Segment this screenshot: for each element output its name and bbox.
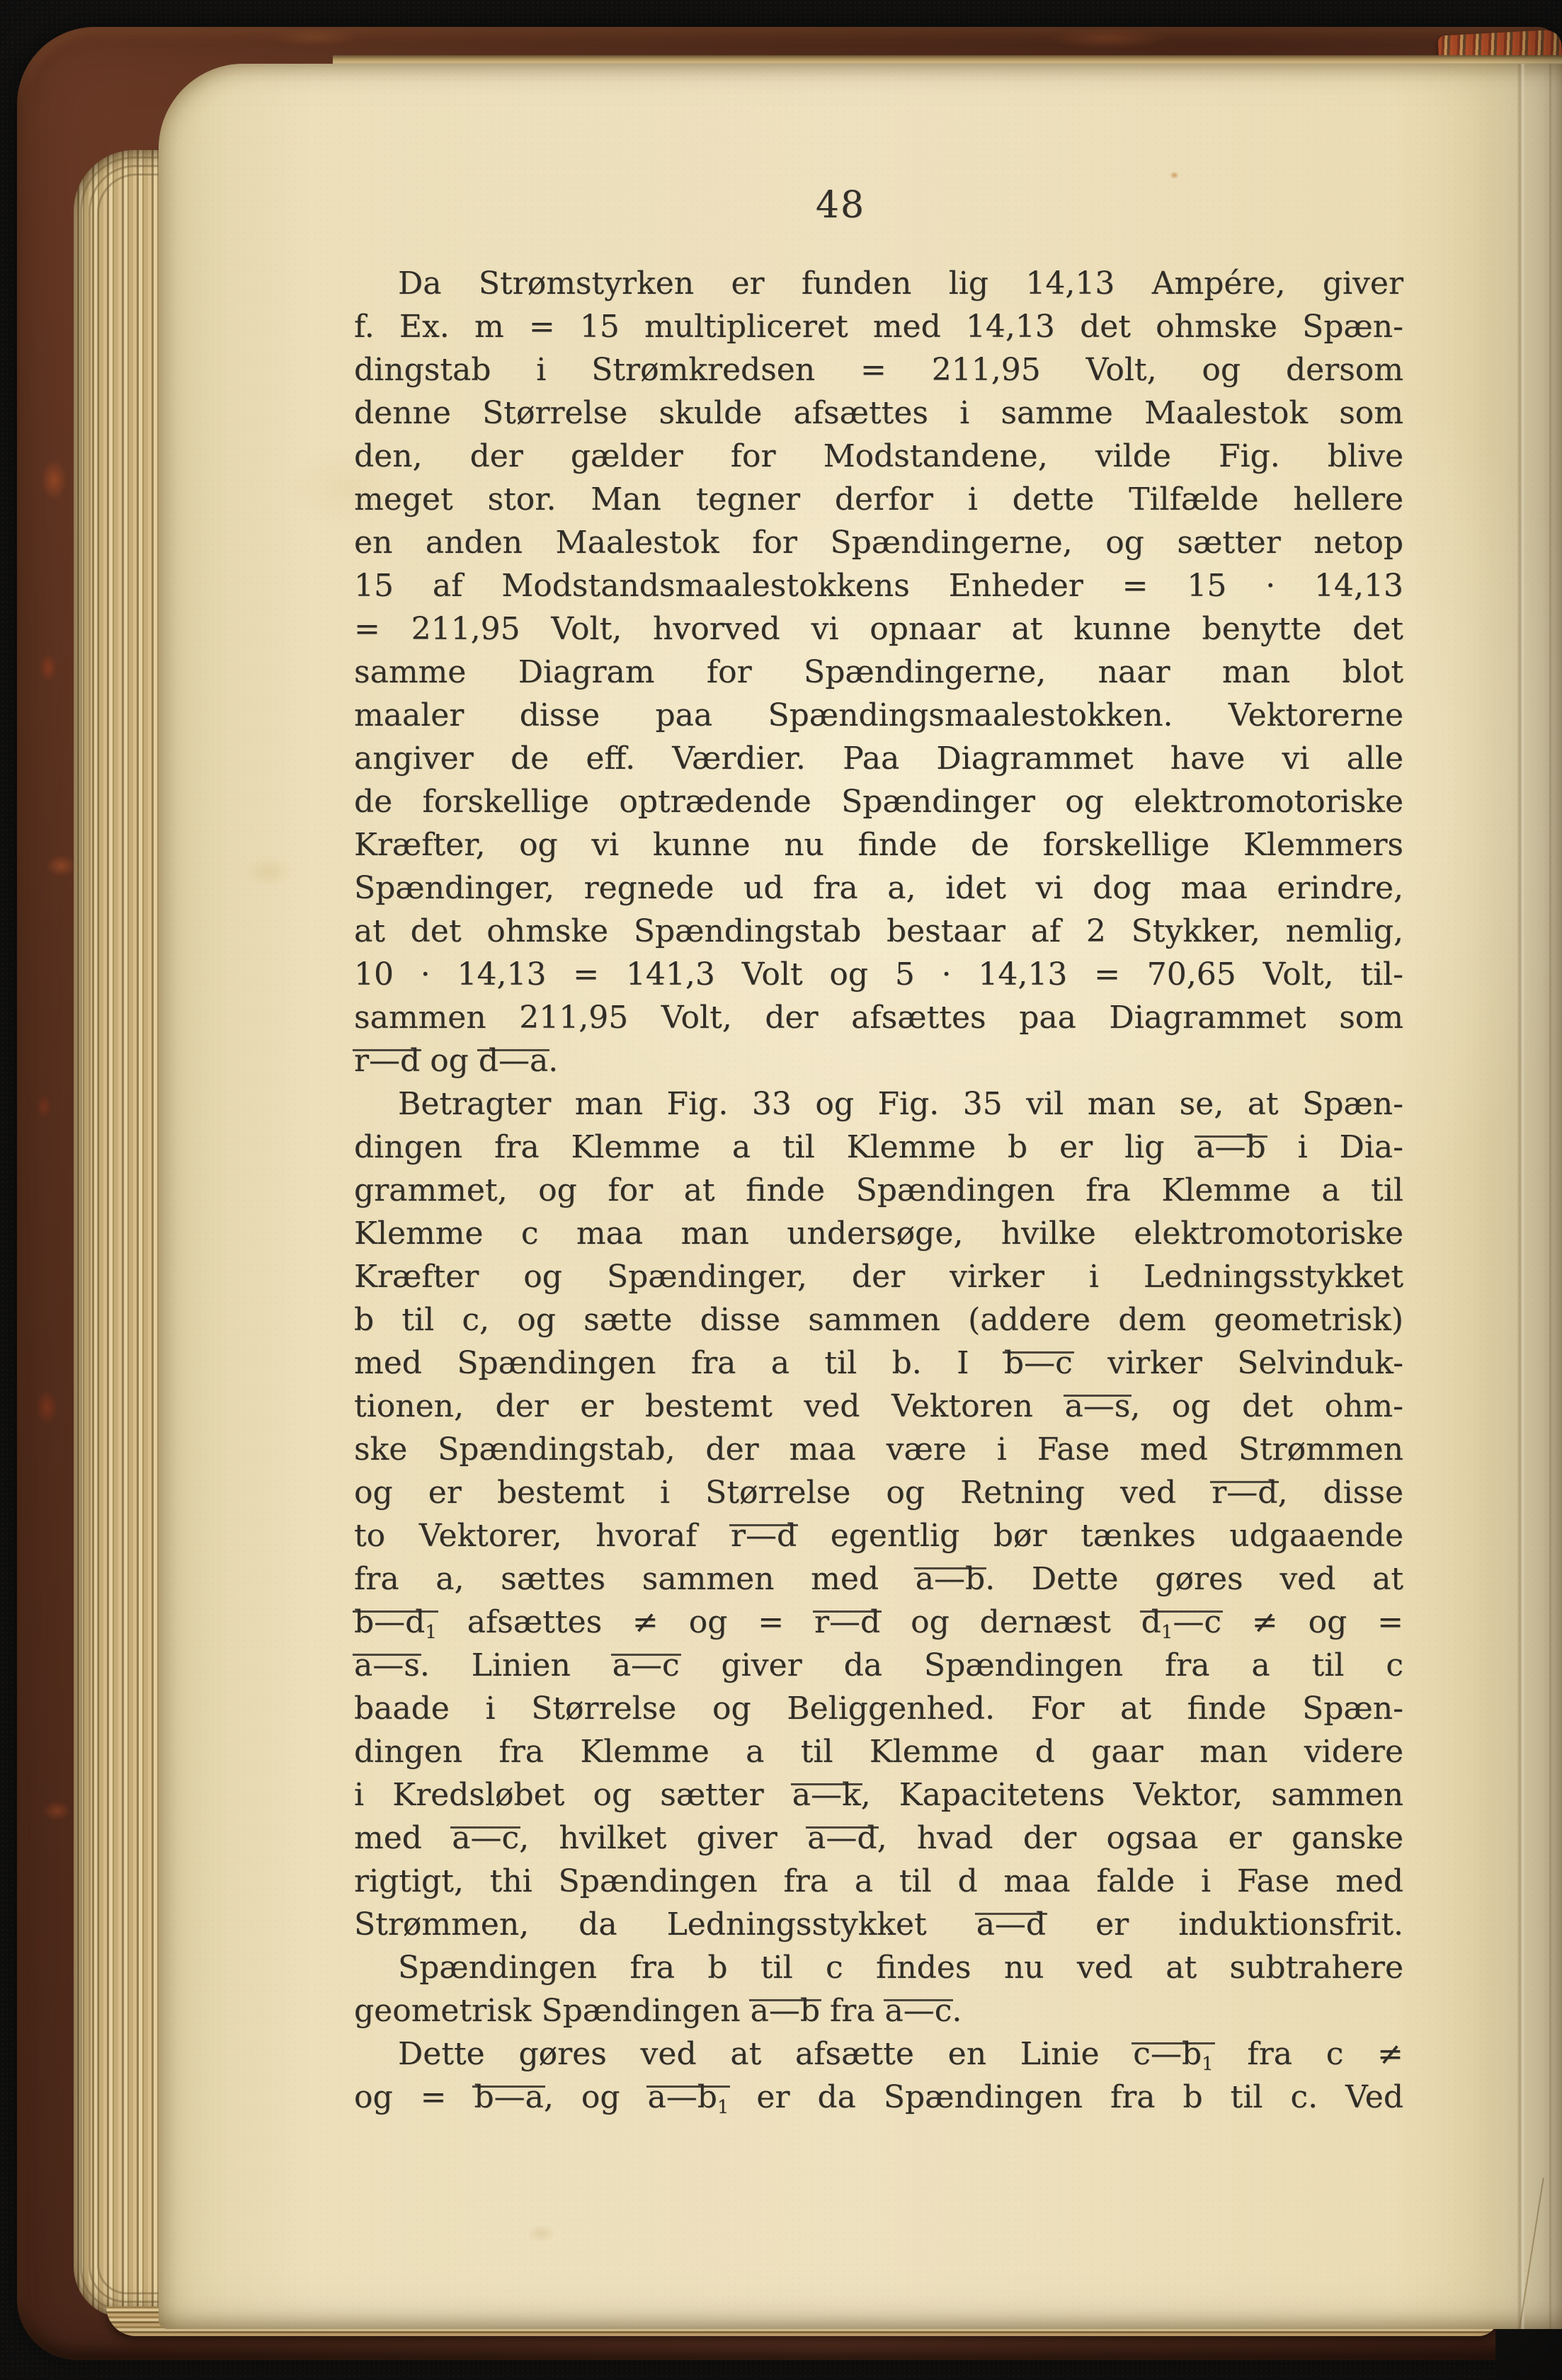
vector-term: r—d <box>1212 1475 1277 1511</box>
text-line: geometrisk Spændingen a—b fra a—c. <box>354 1989 1403 2032</box>
text-line: baade i Størrelse og Beliggenhed. For at… <box>354 1687 1403 1730</box>
text-line: Klemme c maa man undersøge, hvilke elekt… <box>354 1212 1403 1255</box>
text-line: tionen, der er bestemt ved Vektoren a—s,… <box>354 1385 1403 1428</box>
vector-term: b—c <box>1004 1345 1073 1381</box>
vector-term: d1—c <box>1141 1604 1221 1640</box>
text-line: og er bestemt i Størrelse og Retning ved… <box>354 1471 1403 1514</box>
text-line: Spændingen fra b til c findes nu ved at … <box>354 1946 1403 1989</box>
text-line: b—d1 afsættes ≠ og = r—d og dernæst d1—c… <box>354 1601 1403 1644</box>
text-line: dingstab i Strømkredsen = 211,95 Volt, o… <box>354 348 1403 391</box>
vector-term: r—d <box>354 1043 420 1079</box>
text-line: Strømmen, da Ledningsstykket a—d er indu… <box>354 1903 1403 1946</box>
text-line: to Vektorer, hvoraf r—d egentlig bør tæn… <box>354 1514 1403 1557</box>
subscript: 1 <box>1202 2054 1214 2075</box>
vector-term: a—c <box>612 1647 680 1683</box>
vector-term: b—a <box>474 2079 543 2115</box>
text-line: 15 af Modstandsmaalestokkens Enheder = 1… <box>354 564 1403 607</box>
text-line: Dette gøres ved at afsætte en Linie c—b1… <box>354 2032 1403 2076</box>
vector-term: a—b1 <box>648 2079 729 2115</box>
body-text: Da Strømstyrken er funden lig 14,13 Ampé… <box>354 262 1403 2119</box>
vector-term: a—c <box>885 1993 952 2029</box>
text-line: og = b—a, og a—b1 er da Spændingen fra b… <box>354 2076 1403 2119</box>
text-line: Da Strømstyrken er funden lig 14,13 Ampé… <box>354 262 1403 305</box>
book-photo: 48 Da Strømstyrken er funden lig 14,13 A… <box>0 0 1562 2380</box>
vector-term: a—k <box>792 1777 861 1813</box>
text-line: r—d og d—a. <box>354 1039 1403 1082</box>
text-line: grammet, og for at finde Spændingen fra … <box>354 1169 1403 1212</box>
text-line: med a—c, hvilket giver a—d, hvad der ogs… <box>354 1817 1403 1860</box>
text-line: ske Spændingstab, der maa være i Fase me… <box>354 1428 1403 1471</box>
subscript: 1 <box>1161 1622 1173 1643</box>
page-crease <box>1517 64 1525 2329</box>
book-page: 48 Da Strømstyrken er funden lig 14,13 A… <box>159 64 1562 2329</box>
text-line: maaler disse paa Spændingsmaalestokken. … <box>354 694 1403 737</box>
vector-term: a—b <box>751 1993 820 2029</box>
text-line: dingen fra Klemme a til Klemme b er lig … <box>354 1126 1403 1169</box>
vector-term: r—d <box>731 1518 797 1554</box>
vector-term: a—c <box>452 1820 519 1856</box>
text-line: angiver de eff. Værdier. Paa Diagrammet … <box>354 737 1403 780</box>
page-number: 48 <box>770 184 911 227</box>
text-line: Kræfter, og vi kunne nu finde de forskel… <box>354 823 1403 866</box>
text-line: Kræfter og Spændinger, der virker i Ledn… <box>354 1255 1403 1298</box>
vector-term: a—d <box>976 1906 1046 1943</box>
subscript: 1 <box>425 1622 437 1643</box>
text-line: med Spændingen fra a til b. I b—c virker… <box>354 1341 1403 1385</box>
text-line: dingen fra Klemme a til Klemme d gaar ma… <box>354 1730 1403 1773</box>
foxing-spot <box>1170 171 1179 179</box>
text-line: b til c, og sætte disse sammen (addere d… <box>354 1298 1403 1341</box>
text-line: a—s. Linien a—c giver da Spændingen fra … <box>354 1644 1403 1687</box>
text-line: de forskellige optrædende Spændinger og … <box>354 780 1403 823</box>
text-line: f. Ex. m = 15 multipliceret med 14,13 de… <box>354 305 1403 348</box>
subscript: 1 <box>717 2097 729 2118</box>
text-line: fra a, sættes sammen med a—b. Dette gøre… <box>354 1557 1403 1601</box>
vector-term: d—a <box>479 1043 548 1079</box>
text-line: = 211,95 Volt, hvorved vi opnaar at kunn… <box>354 607 1403 651</box>
text-line: den, der gælder for Modstandene, vilde F… <box>354 435 1403 478</box>
corner-shadow <box>1495 2321 1562 2380</box>
text-line: 10 · 14,13 = 141,3 Volt og 5 · 14,13 = 7… <box>354 953 1403 996</box>
text-line: at det ohmske Spændingstab bestaar af 2 … <box>354 910 1403 953</box>
vector-term: a—s <box>354 1647 420 1683</box>
vector-term: a—s <box>1065 1388 1131 1424</box>
text-line: en anden Maalestok for Spændingerne, og … <box>354 521 1403 564</box>
text-line: rigtigt, thi Spændingen fra a til d maa … <box>354 1860 1403 1903</box>
text-line: Spændinger, regnede ud fra a, idet vi do… <box>354 866 1403 910</box>
foxing-spot <box>244 855 293 888</box>
text-line: denne Størrelse skulde afsættes i samme … <box>354 391 1403 435</box>
text-line: meget stor. Man tegner derfor i dette Ti… <box>354 478 1403 521</box>
vector-term: c—b1 <box>1133 2036 1213 2072</box>
vector-term: b—d1 <box>354 1604 437 1640</box>
page-fold-edge <box>1549 64 1553 2329</box>
vector-term: a—b <box>916 1561 985 1597</box>
text-line: i Kredsløbet og sætter a—k, Kapacitetens… <box>354 1773 1403 1817</box>
foxing-spot <box>527 2224 555 2243</box>
text-line: sammen 211,95 Volt, der afsættes paa Dia… <box>354 996 1403 1039</box>
vector-term: a—d <box>807 1820 877 1856</box>
vector-term: r—d <box>814 1604 880 1640</box>
vector-term: a—b <box>1196 1129 1265 1165</box>
text-line: Betragter man Fig. 33 og Fig. 35 vil man… <box>354 1082 1403 1126</box>
text-line: samme Diagram for Spændingerne, naar man… <box>354 651 1403 694</box>
